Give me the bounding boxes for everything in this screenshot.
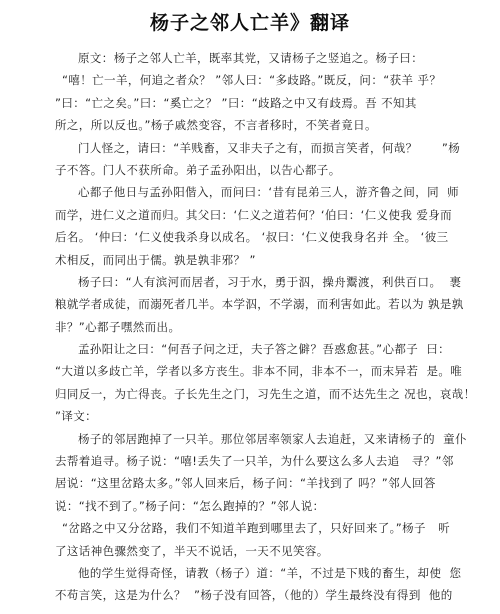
text-line: 去帮着追寻。杨子说：“嘻!丢失了一只羊，为什么要这么多人去追 寻？”邻 — [55, 450, 490, 472]
text-line: 粮就学者成徒，而溺死者几半。本学泅，不学溺，而利害如此。若以为 孰是孰 — [55, 293, 490, 315]
text-line: “大道以多歧亡羊，学者以多方丧生。非本不同，非本不一，而末异若 是。唯 — [55, 360, 490, 382]
text-line: 心都子他日与孟孙阳偕入，而问曰：‘昔有昆弟三人，游齐鲁之间，同 师 — [55, 181, 490, 203]
text-line: 他的学生觉得奇怪，请教（杨子）道：“羊，不过是下贱的畜生，却使 您 — [55, 562, 490, 584]
text-line: 原文：杨子之邻人亡羊，既率其党，又请杨子之竖追之。杨子曰： — [55, 47, 490, 69]
text-line: 门人怪之，请曰：“羊贱畜，又非夫子之有，而损言笑者，何哉？ ”杨 — [55, 137, 490, 159]
text-line: 孟孙阳让之曰：“何吾子问之迂，夫子答之僻？吾惑愈甚。”心都子 曰： — [55, 338, 490, 360]
text-line: ”译文： — [55, 405, 490, 427]
document-title: 杨子之邻人亡羊》翻译 — [0, 0, 500, 36]
text-line: 了这话神色骤然变了，半天不说话，一天不见笑容。 — [55, 540, 490, 562]
text-line: 不苟言笑，这是为什么？ ”杨子没有回答，（他的）学生最终没有得到 他的 — [55, 584, 490, 606]
text-line: 杨子曰：“人有滨河而居者，习于水，勇于泅，操舟鬻渡，利供百口。 裹 — [55, 271, 490, 293]
text-line: “岔路之中又分岔路，我们不知道羊跑到哪里去了，只好回来了。”杨子 听 — [55, 517, 490, 539]
text-line: “嘻！亡一羊，何追之者众？ ”邻人曰：“多歧路。”既反，问：“获羊 乎？ — [55, 69, 490, 91]
document-body: 原文：杨子之邻人亡羊，既率其党，又请杨子之竖追之。杨子曰：“嘻！亡一羊，何追之者… — [0, 47, 500, 607]
text-line: 居说：“这里岔路太多。”邻人回来后，杨子问：“羊找到了 吗？”邻人回答 — [55, 472, 490, 494]
text-line: 归同反一，为亡得丧。子长先生之门，习先生之道，而不达先生之 况也，哀哉！ — [55, 383, 490, 405]
text-line: 而学，进仁义之道而归。其父曰：‘仁义之道若何？‘伯曰：‘仁义使我 爱身而 — [55, 204, 490, 226]
document-page: 杨子之邻人亡羊》翻译 原文：杨子之邻人亡羊，既率其党，又请杨子之竖追之。杨子曰：… — [0, 0, 500, 614]
text-line: 非？”心都子嘿然而出。 — [55, 316, 490, 338]
text-line: 说：“找不到了。”杨子问：“怎么跑掉的？”邻人说： — [55, 495, 490, 517]
text-line: 后名。 ‘仲曰：‘仁义使我杀身以成名。 ‘叔曰：‘仁义使我身名并 全。 ‘彼三 — [55, 226, 490, 248]
text-line: 杨子的邻居跑掉了一只羊。那位邻居率领家人去追赶，又来请杨子的 童仆 — [55, 428, 490, 450]
text-line: 所之，所以反也。”杨子戚然变容，不言者移时，不笑者竟日。 — [55, 114, 490, 136]
text-line: ”曰：“亡之矣。”曰：“奚亡之？ ”曰：“歧路之中又有歧焉。吾 不知其 — [55, 92, 490, 114]
text-line: 子不答。门人不获所命。弟子孟孙阳出，以告心都子。 — [55, 159, 490, 181]
text-line: 术相反，而同出于儒。孰是孰非邪？ ” — [55, 249, 490, 271]
